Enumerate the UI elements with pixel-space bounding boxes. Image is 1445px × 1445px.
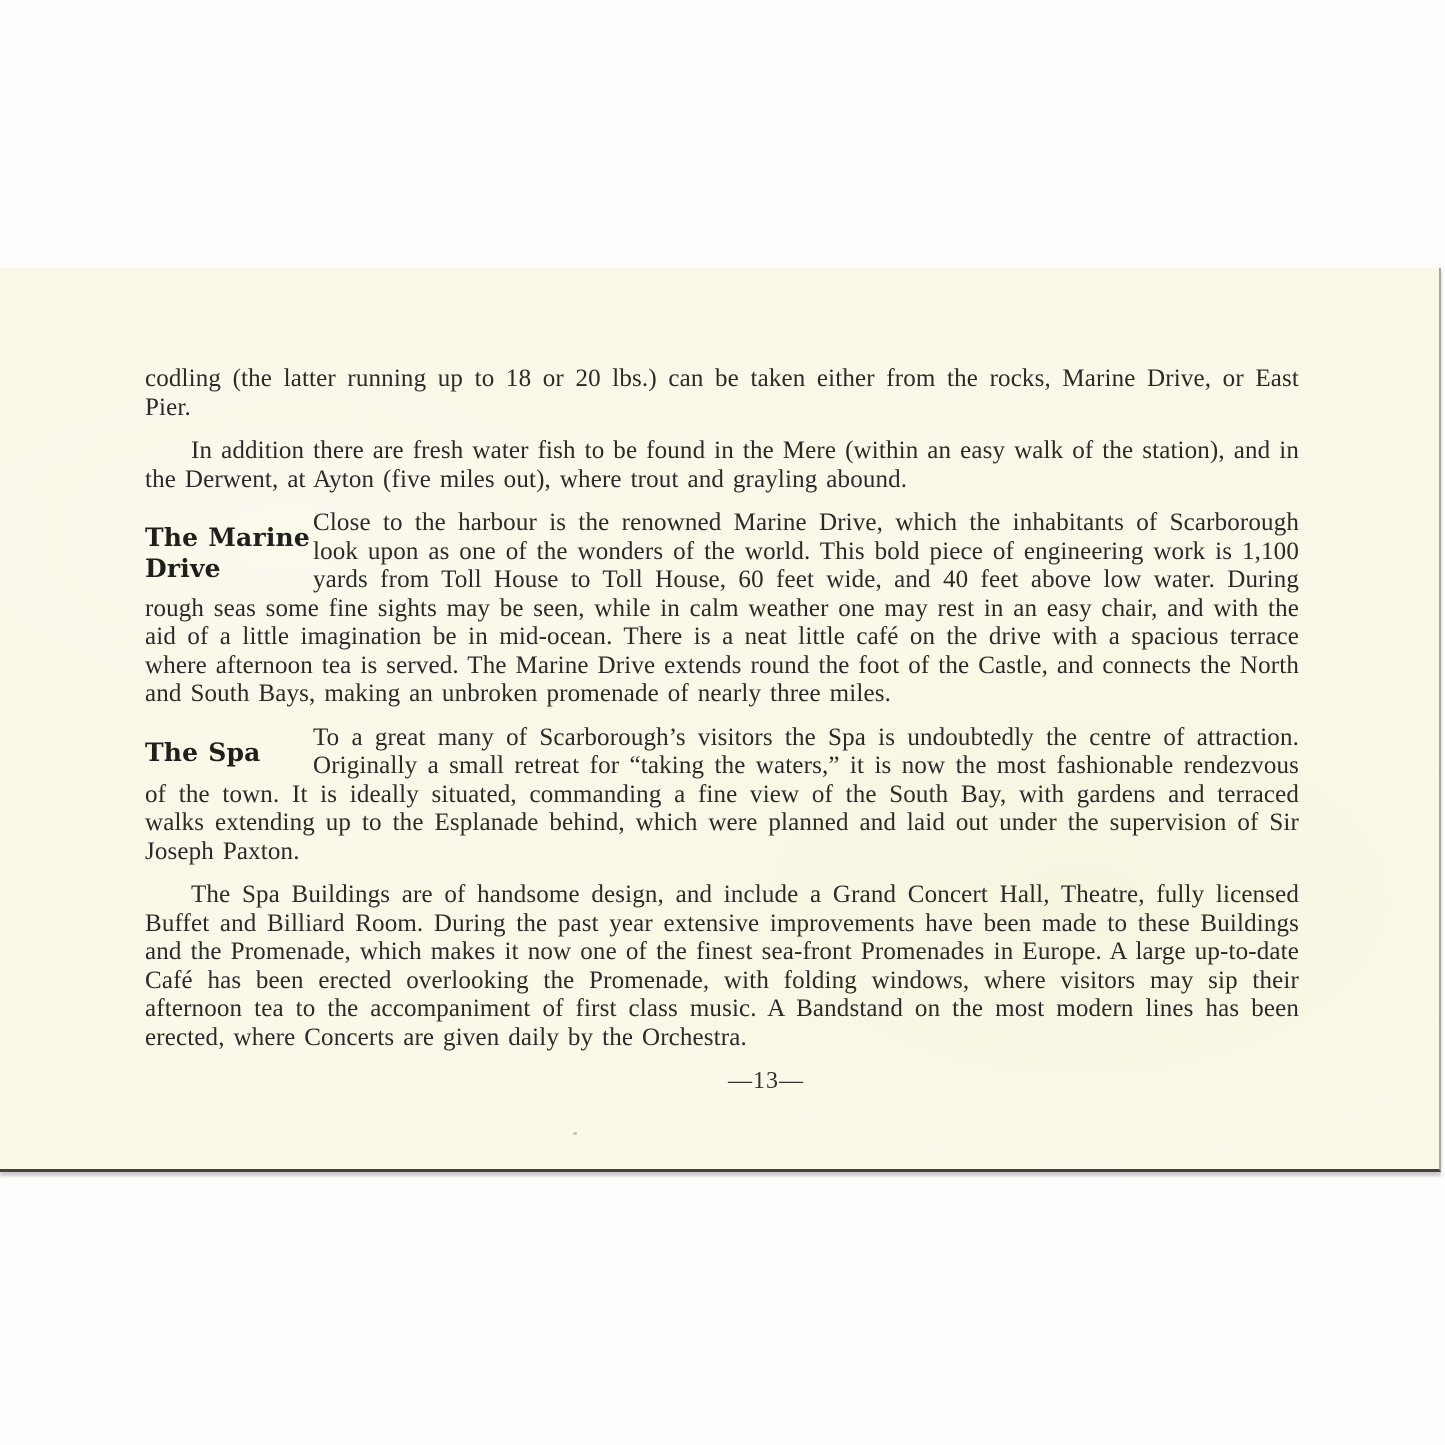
- paragraph-spa-body: To a great many of Scarborough’s visitor…: [145, 724, 1299, 867]
- paragraph-spa-buildings: The Spa Buildings are of handsome design…: [145, 881, 1299, 1052]
- paragraph-fresh-water-fish: In addition there are fresh water fish t…: [145, 437, 1299, 494]
- paragraph-codling-continuation: codling (the latter running up to 18 or …: [145, 365, 1299, 422]
- section-the-spa: The Spa To a great many of Scarborough’s…: [145, 724, 1299, 867]
- booklet-page: codling (the latter running up to 18 or …: [0, 268, 1441, 1172]
- page-content: codling (the latter running up to 18 or …: [0, 268, 1439, 1169]
- section-heading-the-spa: The Spa: [145, 724, 313, 778]
- scan-speck-artifact: [573, 1132, 577, 1135]
- paragraph-marine-drive-body: Close to the harbour is the renowned Mar…: [145, 509, 1299, 709]
- section-the-marine-drive: The Marine Drive Close to the harbour is…: [145, 509, 1299, 709]
- section-heading-the-marine-drive: The Marine Drive: [145, 509, 313, 589]
- scan-backdrop: codling (the latter running up to 18 or …: [0, 0, 1445, 1445]
- page-number: —13—: [189, 1067, 1343, 1096]
